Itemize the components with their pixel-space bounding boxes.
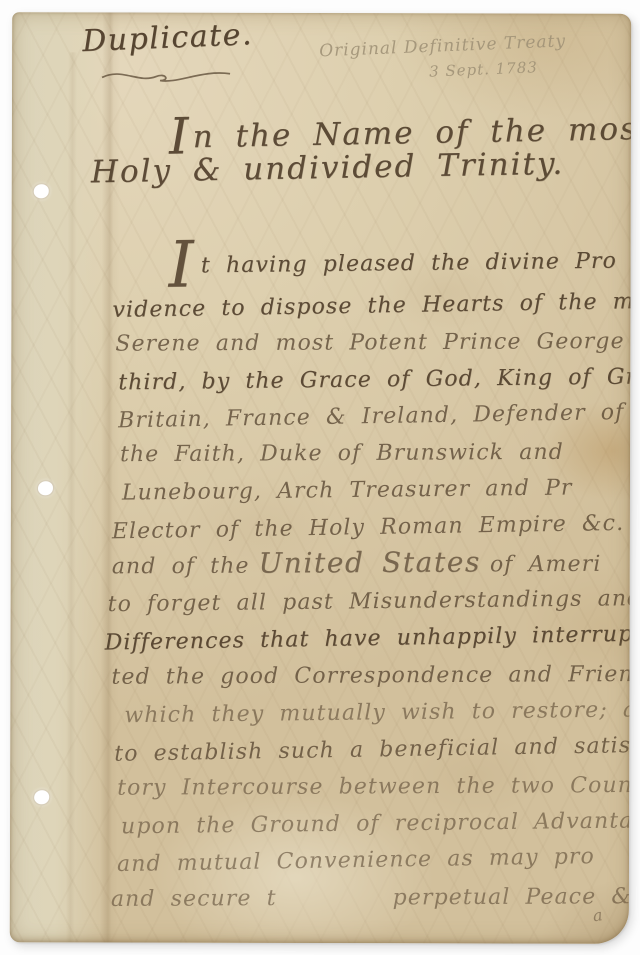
punch-hole (34, 790, 49, 804)
manuscript-line: Britain, France & Ireland, Defender of (118, 400, 625, 433)
archival-note-date: 3 Sept. 1783 (429, 58, 538, 80)
manuscript-line: third, by the Grace of God, King of Grea… (118, 364, 631, 395)
manuscript-line: Differences that have unhappily interrup (104, 622, 631, 656)
heading-line-2: Holy & undivided Trinity. (91, 146, 565, 191)
manuscript-page: Duplicate. Original Definitive Treaty 3 … (10, 12, 631, 944)
flourish-underline-icon (100, 64, 232, 84)
manuscript-line: Elector of the Holy Roman Empire &c. (112, 511, 625, 544)
punch-hole (34, 184, 49, 198)
archival-note-title: Original Definitive Treaty (319, 31, 567, 61)
manuscript-line: Lunebourg, Arch Treasurer and Pr (122, 476, 573, 506)
fold-crease-soft (66, 52, 77, 942)
faded-ink-gap (277, 904, 393, 905)
manuscript-line-text: t having pleased the divine Pro (201, 249, 617, 279)
duplicate-label: Duplicate. (82, 17, 254, 59)
manuscript-line: and of theUnited Statesof Ameri (112, 545, 602, 581)
manuscript-line: tory Intercourse between the two Countri… (117, 773, 631, 801)
punch-hole (38, 481, 53, 495)
manuscript-line: and secure tperpetual Peace & Harmon (111, 884, 631, 912)
manuscript-line: the Faith, Duke of Brunswick and (120, 440, 564, 467)
manuscript-line-text: and of the (112, 554, 250, 580)
manuscript-line-text: of Ameri (490, 552, 602, 578)
fold-crease (100, 12, 120, 942)
manuscript-line: to forget all past Misunderstandings and (108, 586, 632, 617)
united-states-emphasis: United States (258, 545, 481, 579)
manuscript-line: which they mutually wish to restore; and (124, 697, 631, 728)
binding-strip (10, 12, 112, 942)
manuscript-line: to establish such a beneficial and satis… (114, 733, 631, 767)
manuscript-line-text: and secure t (111, 886, 277, 912)
manuscript-line: Serene and most Potent Prince George the (115, 329, 631, 357)
manuscript-line: ted the good Correspondence and Friendsh… (111, 662, 631, 690)
manuscript-line: upon the Ground of reciprocal Advantages (121, 808, 631, 839)
manuscript-line: It having pleased the divine Pro (168, 249, 617, 279)
manuscript-line: and mutual Convenience as may pro (117, 844, 595, 877)
drop-cap: I (168, 228, 195, 302)
scan-background: Duplicate. Original Definitive Treaty 3 … (0, 0, 640, 955)
